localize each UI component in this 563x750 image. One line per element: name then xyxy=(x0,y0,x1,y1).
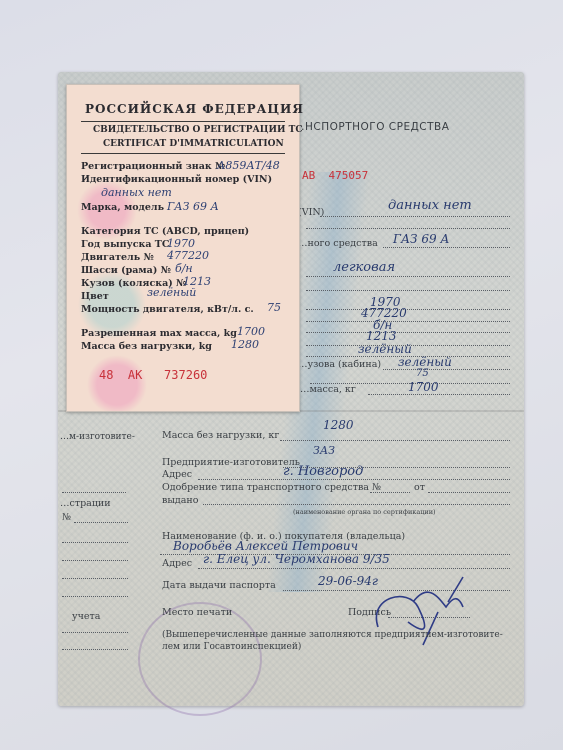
card-divider xyxy=(81,153,285,154)
card-value-plate: А859АТ/48 xyxy=(217,159,280,172)
card-value-model: ГАЗ 69 А xyxy=(167,200,219,213)
accounting-left-label: учета xyxy=(72,611,100,622)
card-value-vin: данных нет xyxy=(101,186,172,199)
body-type-value: легковая xyxy=(333,260,395,275)
dotted-line xyxy=(62,542,128,543)
dotted-line xyxy=(370,492,410,493)
manufacturer-address-value: г. Новгород xyxy=(283,464,363,479)
dotted-line xyxy=(62,578,128,579)
issued-by-label: выдано xyxy=(162,495,198,506)
issued-by-note: (наименование органа по сертификации) xyxy=(293,508,436,516)
registration-left-label: …страции xyxy=(60,498,111,509)
dotted-line xyxy=(62,632,128,633)
card-value-chassis: б/н xyxy=(175,262,193,275)
number-sign-left: № xyxy=(62,512,71,523)
dotted-line xyxy=(198,479,510,480)
vin-value: данных нет xyxy=(388,198,472,213)
unladen-mass-value: 1280 xyxy=(323,418,354,432)
footnote-line-1: (Вышеперечисленные данные заполняются пр… xyxy=(162,630,503,640)
dotted-line xyxy=(280,440,510,441)
seal-stamp xyxy=(138,602,262,716)
card-serial: 48 АК 737260 xyxy=(99,368,207,382)
card-value-unladen-mass: 1280 xyxy=(231,338,259,351)
footnote-line-2: лем или Госавтоинспекцией) xyxy=(162,642,301,652)
dotted-line xyxy=(74,522,128,523)
body-number-value: 1213 xyxy=(366,329,397,343)
card-label-color: Цвет xyxy=(81,291,109,302)
passport-serial-series: АВ xyxy=(302,169,315,182)
dotted-line xyxy=(62,560,128,561)
dotted-line xyxy=(320,216,510,217)
manufacturer-left-label: …м-изготовите- xyxy=(60,432,135,442)
card-serial-region: 48 xyxy=(99,368,113,382)
passport-header: …НСПОРТНОГО СРЕДСТВА xyxy=(294,121,449,133)
card-country: РОССИЙСКАЯ ФЕДЕРАЦИЯ xyxy=(85,102,304,116)
card-label-year: Год выпуска ТС xyxy=(81,239,169,250)
dotted-line xyxy=(306,332,510,333)
cabin-color-label: …узова (кабина) xyxy=(298,359,381,370)
cabin-color-value: зелёный xyxy=(398,355,452,369)
card-serial-number: 737260 xyxy=(164,368,207,382)
card-label-category: Категория ТС (ABCD, прицеп) xyxy=(81,226,249,237)
dotted-line xyxy=(306,290,510,291)
owner-value: Воробьёв Алексей Петрович xyxy=(173,539,358,553)
seal-place-label: Место печати xyxy=(162,607,232,618)
passport-serial-number: 475057 xyxy=(329,169,369,182)
model-label: …ного средства xyxy=(298,238,378,249)
card-title-ru: СВИДЕТЕЛЬСТВО О РЕГИСТРАЦИИ ТС xyxy=(93,125,303,135)
dotted-line xyxy=(62,649,128,650)
model-value: ГАЗ 69 А xyxy=(393,232,450,246)
dotted-line xyxy=(368,394,510,395)
approval-label: Одобрение типа транспортного средства № xyxy=(162,482,381,493)
card-label-model: Марка, модель xyxy=(81,202,164,213)
dotted-line xyxy=(62,492,126,493)
dotted-line xyxy=(62,596,128,597)
card-label-chassis: Шасси (рама) № xyxy=(81,265,171,276)
approval-from-label: от xyxy=(414,482,425,493)
card-value-power: 75 xyxy=(267,301,281,314)
card-label-max-mass: Разрешенная max масса, kg xyxy=(81,328,237,339)
dotted-line xyxy=(306,309,510,310)
power-value: 75 xyxy=(416,368,429,379)
dotted-line xyxy=(383,247,510,248)
card-label-engine: Двигатель № xyxy=(81,252,154,263)
address-label: Адрес xyxy=(162,469,192,480)
owner-address-value: г. Елец ул. Черомханова 9/35 xyxy=(203,552,390,566)
card-label-vin: Идентификационный номер (VIN) xyxy=(81,174,272,185)
max-mass-label: …массa, кг xyxy=(300,384,356,395)
card-label-unladen-mass: Масса без нагрузки, kg xyxy=(81,341,212,352)
unladen-mass-label: Масса без нагрузки, кг xyxy=(162,430,279,441)
card-title-fr: CERTIFICAT D'IMMATRICULATION xyxy=(103,139,284,149)
card-value-engine: 477220 xyxy=(167,249,209,262)
color-value: зелёный xyxy=(358,342,412,356)
max-mass-value: 1700 xyxy=(408,380,439,394)
owner-address-label: Адрес xyxy=(162,558,192,569)
registration-certificate-card: РОССИЙСКАЯ ФЕДЕРАЦИЯ СВИДЕТЕЛЬСТВО О РЕГ… xyxy=(66,84,300,412)
card-value-color: зелёный xyxy=(147,286,196,299)
manufacturer-label: Предприятие-изготовитель xyxy=(162,457,300,468)
dotted-line xyxy=(306,321,510,322)
dotted-line xyxy=(428,492,510,493)
card-serial-series: АК xyxy=(128,368,142,382)
card-value-max-mass: 1700 xyxy=(237,325,265,338)
card-divider xyxy=(81,121,285,122)
issue-date-label: Дата выдачи паспорта xyxy=(162,580,276,591)
dotted-line xyxy=(306,228,510,229)
card-label-power: Мощность двигателя, кВт/л. с. xyxy=(81,304,254,315)
passport-serial: АВ 475057 xyxy=(302,169,368,182)
manufacturer-value: ЗАЗ xyxy=(313,444,335,457)
dotted-line xyxy=(383,369,510,370)
card-label-plate: Регистрационный знак № xyxy=(81,161,225,172)
dotted-line xyxy=(306,276,510,277)
dotted-line xyxy=(203,504,510,505)
